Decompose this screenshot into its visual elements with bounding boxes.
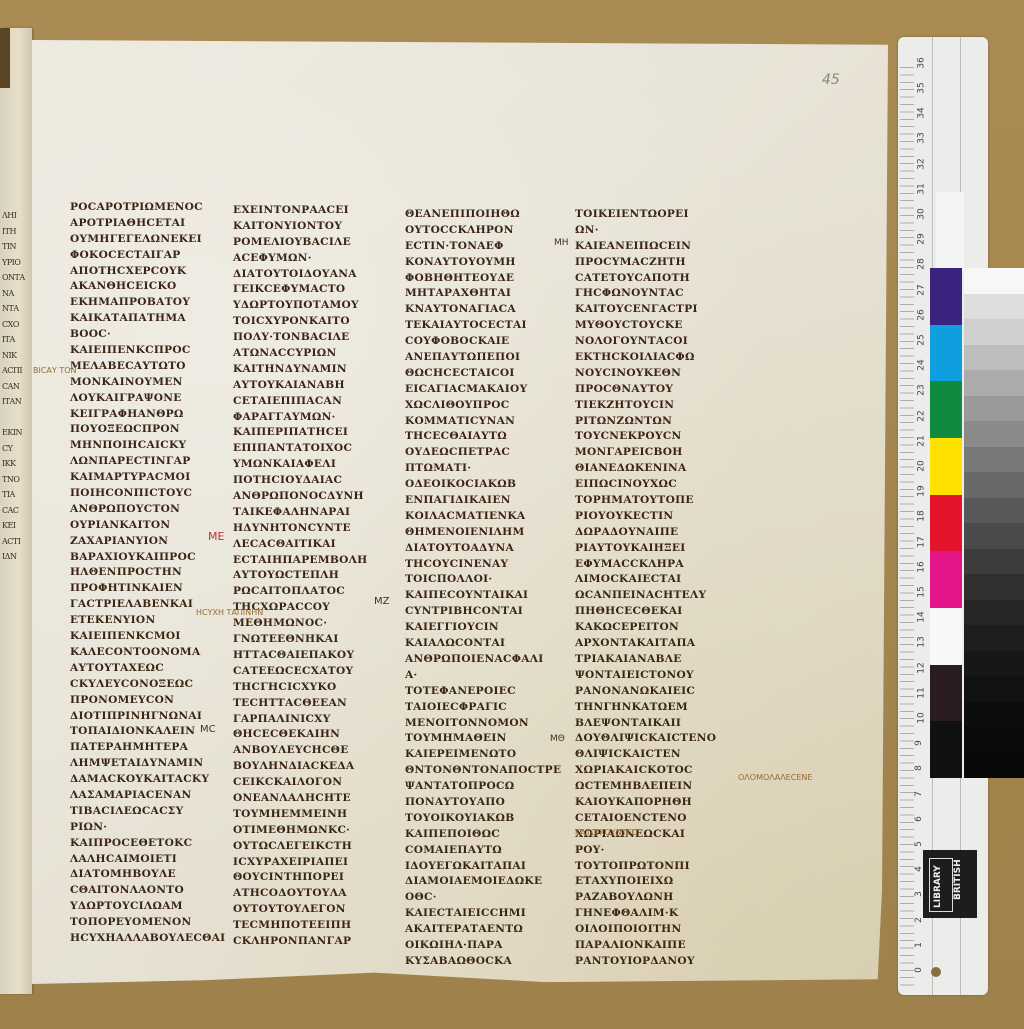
text-line: ΛΩΝΠΑΡΕϹΤΙΝΓΑΡ — [70, 454, 225, 470]
text-line: ΟΤΙΜΕΘΗΜΩΝΚϹ· — [233, 823, 367, 839]
text-line: ΚΑΛΕϹΟΝΤΟΟΝΟΜΑ — [70, 645, 225, 661]
text-line: ΚΑΙΚΑΤΑΠΑΤΗΜΑ — [70, 311, 225, 327]
ruler-cm-label: 5 — [914, 841, 924, 847]
text-line: ΚΟΙΛΑϹΜΑΤΙΕΝΚΑ — [405, 509, 561, 525]
text-line: ΤΟΙϹΠΟΛΛΟΙ· — [405, 572, 561, 588]
text-line: ΧΩΡΙΑΚΑΙϹΚΟΤΟϹ — [575, 763, 716, 779]
text-line: ΝΟΥϹΙΝΟΥΚΕΘΝ — [575, 366, 716, 382]
text-line: ΚΑΙΟΥΚΑΠΟΡΗΘΗ — [575, 795, 716, 811]
text-line: ΔΩΡΑΔΟΥΝΑΙΠΕ — [575, 525, 716, 541]
text-line: ΖΑΧΑΡΙΑΝΥΙΟΝ — [70, 534, 225, 550]
text-line: ΤΟΡΗΜΑΤΟΥΤΟΠΕ — [575, 493, 716, 509]
text-line: ΟΙΛΟΙΠΟΙΟΙΤΗΝ — [575, 922, 716, 938]
color-swatch — [930, 721, 962, 778]
text-line: ΙΤΗ — [2, 224, 30, 240]
text-line: ΑΡΧΟΝΤΑΚΑΙΤΑΠΑ — [575, 636, 716, 652]
section-number: ΜΘ — [550, 734, 565, 744]
text-line: ΚΑΙΤΟΝΥΙΟΝΤΟΥ — [233, 219, 367, 235]
ruler-cm-label: 35 — [917, 82, 927, 93]
text-line: ΕΙϹΑΓΙΑϹΜΑΚΑΙΟΥ — [405, 382, 561, 398]
text-line: ϹΚΥΛΕΥϹΟΝΟΞΕΩϹ — [70, 677, 225, 693]
text-line: ΜΗΤΑΡΑΧΘΗΤΑΙ — [405, 286, 561, 302]
ruler-cm-label: 7 — [914, 791, 924, 797]
text-line: ΧΩϹΛΙΘΟΥΠΡΟϹ — [405, 398, 561, 414]
text-line: ΝΑ — [2, 286, 30, 302]
text-line: ΡΟΥ· — [575, 843, 716, 859]
text-line: ΤΗϹΓΗϹΙϹΧΥΚΟ — [233, 680, 367, 696]
text-line: ΟΝΕΑΝΛΑΛΗϹΗΤΕ — [233, 791, 367, 807]
logo-text-library: LIBRARY — [933, 865, 943, 908]
text-line: ΠΗΘΗϹΕϹΘΕΚΑΙ — [575, 604, 716, 620]
text-line: ΑΚΑΝΘΗϹΕΙϹΚΟ — [70, 279, 225, 295]
text-line: ΚΑΙΕΙΠΕΝΚϹΜΟΙ — [70, 629, 225, 645]
text-line: ΥΜΩΝΚΑΙΑΦΕΛΙ — [233, 457, 367, 473]
text-line: ΚΥΣΑΒΑΩΘΟϹΚΑ — [405, 954, 561, 970]
text-line: ΑΥΤΟΥΤΑΧΕΩϹ — [70, 661, 225, 677]
text-line: ΓΝΩΤΕΕΘΝΗΚΑΙ — [233, 632, 367, 648]
text-line: ΛΙΜΟϹΚΑΙΕϹΤΑΙ — [575, 572, 716, 588]
text-line: ΚΑΙΕϹΤΑΙΕΙϹϹΗΜΙ — [405, 906, 561, 922]
ruler-tab — [936, 192, 964, 272]
text-line: ΤΕΚΑΙΑΥΤΟϹΕϹΤΑΙ — [405, 318, 561, 334]
text-line: ΛΑΛΗϹΑΙΜΟΙΕΤΙ — [70, 852, 225, 868]
text-line: ΘΟΥϹΙΝΤΗΠΟΡΕΙ — [233, 870, 367, 886]
text-line: ΤΝΟ — [2, 472, 30, 488]
text-line: ΑΝΘΡΩΠΟΥϹΤΟΝ — [70, 502, 225, 518]
text-line: ΤΟΥΜΗΕΜΜΕΙΝΗ — [233, 807, 367, 823]
text-line: ΙΔΝ — [2, 549, 30, 565]
text-line: ΒΟΟϹ· — [70, 327, 225, 343]
text-line: ΡΑΝΤΟΥΙΟΡΔΑΝΟΥ — [575, 954, 716, 970]
gray-step — [964, 319, 1024, 345]
gray-step — [964, 625, 1024, 651]
color-swatch — [930, 608, 962, 665]
text-line: ΚΑΙΕΙΠΕΝΚϹΠΡΟϹ — [70, 343, 225, 359]
text-line: ΒΑΡΑΧΙΟΥΚΑΙΠΡΟϹ — [70, 550, 225, 566]
text-line: ΚΑΙΠΡΟϹΕΘΕΤΟΚϹ — [70, 836, 225, 852]
ruler-cm-label: 6 — [914, 816, 924, 822]
text-column-2: ΕΧΕΙΝΤΟΝΡΑΑϹΕΙΚΑΙΤΟΝΥΙΟΝΤΟΥΡΟΜΕΛΙΟΥΒΑϹΙΛ… — [233, 203, 367, 950]
gray-step — [964, 727, 1024, 753]
gray-step — [964, 651, 1024, 677]
text-line: ΑΥΤΟΥΩϹΤΕΠΛΗ — [233, 568, 367, 584]
text-line: ΦΑΡΑΓΓΑΥΜΩΝ· — [233, 410, 367, 426]
text-line: ΗΛΘΕΝΠΡΟϹΤΗΝ — [70, 565, 225, 581]
ruler-cm-label: 31 — [917, 183, 927, 194]
folio-number: 45 — [822, 72, 840, 88]
text-line: ΟΥΤΟΥΤΟΥΛΕΓΟΝ — [233, 902, 367, 918]
color-swatch — [930, 665, 962, 722]
gray-step — [964, 676, 1024, 702]
section-number: ΜΕ — [208, 530, 224, 543]
text-line: ΝΙΚ — [2, 348, 30, 364]
text-line: ΔΙΑΤΟΥΤΟΙΔΟΥΑΝΑ — [233, 267, 367, 283]
text-line: ΚΝΑΥΤΟΝΑΓΙΑϹΑ — [405, 302, 561, 318]
text-line: ΟΔΕΟΙΚΟϹΙΑΚΩΒ — [405, 477, 561, 493]
text-line: ΤΕϹΗΤΤΑϹΘΕΕΑΝ — [233, 696, 367, 712]
text-line: ϹΚΛΗΡΟΝΠΑΝΓΑΡ — [233, 934, 367, 950]
text-line: ΨΑΝΤΑΤΟΠΡΟϹΩ — [405, 779, 561, 795]
text-line: ΛΑΣΑΜΑΡΙΑϹΕΝΑΝ — [70, 788, 225, 804]
text-line: ΕΚΙΝ — [2, 425, 30, 441]
text-line: ΠΡΟΝΟΜΕΥϹΟΝ — [70, 693, 225, 709]
gray-step — [964, 345, 1024, 371]
text-column-4: ΤΟΙΚΕΙΕΝΤΩΟΡΕΙΩΝ·ΚΑΙΕΑΝΕΙΠΩϹΕΙΝΠΡΟϹΥΜΑϹΖ… — [575, 207, 716, 970]
text-line: ΠΡΟΦΗΤΙΝΚΑΙΕΝ — [70, 581, 225, 597]
text-line: ΔΙΟΤΙΠΡΙΝΗΓΝΩΝΑΙ — [70, 709, 225, 725]
gray-step — [964, 600, 1024, 626]
text-line: ΥΡΙΟ — [2, 255, 30, 271]
marginal-note: ΟΛΟΜΟΛΑΛΕϹΕΝΕ — [738, 773, 812, 782]
text-line: ΤΟΙΚΕΙΕΝΤΩΟΡΕΙ — [575, 207, 716, 223]
text-line: ϹΑϹ — [2, 503, 30, 519]
text-line: ΡΟΜΕΛΙΟΥΒΑϹΙΛΕ — [233, 235, 367, 251]
text-line: ΟΥΜΗΓΕΓΕΛΩΝΕΚΕΙ — [70, 232, 225, 248]
text-line: ΙΤΑΝ — [2, 394, 30, 410]
marginal-note: ΚΑΤΟΙΚΟΥΝΤΕϹ — [575, 828, 637, 837]
text-line: ΩϹΤΕΜΗΒΛΕΠΕΙΝ — [575, 779, 716, 795]
text-line: ΜΕΘΗΜΩΝΟϹ· — [233, 616, 367, 632]
gray-step — [964, 370, 1024, 396]
text-line: ΠΟΥΟΞΕΩϹΠΡΟΝ — [70, 422, 225, 438]
text-line: ΤΗϹΟΥϹΙΝΕΝΑΥ — [405, 557, 561, 573]
text-line: ΜΟΝΚΑΙΝΟΥΜΕΝ — [70, 375, 225, 391]
text-line: ΕΝΠΑΓΙΔΙΚΑΙΕΝ — [405, 493, 561, 509]
text-line: ΡΙΟΥΟΥΚΕϹΤΙΝ — [575, 509, 716, 525]
text-line: ΚΟΜΜΑΤΙϹΥΝΑΝ — [405, 414, 561, 430]
ruler-cm-label: 30 — [917, 208, 927, 219]
logo-text-british: BRITISH — [953, 859, 963, 900]
text-line: ΜΕΝΟΙΤΟΝΝΟΜΟΝ — [405, 716, 561, 732]
text-line: ΚΑΙΕΑΝΕΙΠΩϹΕΙΝ — [575, 239, 716, 255]
text-line: ΡΑΖΑΒΟΥΛΩΝΗ — [575, 890, 716, 906]
text-line: ΚΑΚΩϹΕΡΕΙΤΟΝ — [575, 620, 716, 636]
text-line: ΕΚΤΗϹΚΟΙΛΙΑϹΦΩ — [575, 350, 716, 366]
text-line: ΠΟΤΗϹΙΟΥΔΑΙΑϹ — [233, 473, 367, 489]
text-line: ΟΝΤΑ — [2, 270, 30, 286]
text-line: ΕΤΑΧΥΠΟΙΕΙΧΩ — [575, 874, 716, 890]
text-line: ΕϹΤΑΙΗΠΑΡΕΜΒΟΛΗ — [233, 553, 367, 569]
color-swatch — [930, 551, 962, 608]
text-line: ΑΡΟΤΡΙΑΘΗϹΕΤΑΙ — [70, 216, 225, 232]
text-line: ΔΙΑΜΟΙΑΕΜΟΙΕΔΩΚΕ — [405, 874, 561, 890]
text-line: ΠΑΤΕΡΑΗΜΗΤΕΡΑ — [70, 740, 225, 756]
text-line: ΕϹΤΙΝ·ΤΟΝΑΕΦ — [405, 239, 561, 255]
ruler-cm-label: 29 — [917, 233, 927, 244]
marginal-note: ΗϹΥΧΗ ΤΑΠΙΝΗΝ — [196, 608, 263, 617]
text-line: ΘΩϹΗϹΕϹΤΑΙϹΟΙ — [405, 366, 561, 382]
gray-step — [964, 421, 1024, 447]
text-line: ΤΑΙΚΕΦΑΛΗΝΑΡΑΙ — [233, 505, 367, 521]
text-line: ΒΟΥΛΗΝΔΙΑϹΚΕΔΑ — [233, 759, 367, 775]
text-line: ΙΤΑ — [2, 332, 30, 348]
text-line: ΑΤΗϹΟΔΟΥΤΟΥΛΑ — [233, 886, 367, 902]
text-line: ΚΑΙΕΓΓΙΟΥϹΙΝ — [405, 620, 561, 636]
text-line: ΛΕϹΑϹΘΑΙΤΙΚΑΙ — [233, 537, 367, 553]
gray-step — [964, 702, 1024, 728]
ruler-cm-label: 0 — [914, 967, 924, 973]
text-line: ΤΕϹΜΗΠΟΤΕΕΙΠΗ — [233, 918, 367, 934]
text-line: ΠΡΟϹΥΜΑϹΖΗΤΗ — [575, 255, 716, 271]
color-swatch — [930, 381, 962, 438]
text-line: ΒΛΕΨΟΝΤΑΙΚΑΙΙ — [575, 716, 716, 732]
text-line: ΚΑΙΠΕΠΟΙΘΩϹ — [405, 827, 561, 843]
section-number: ΜΖ — [374, 596, 389, 607]
text-line: ΕΦΥΜΑϹϹΚΛΗΡΑ — [575, 557, 716, 573]
text-line: ΜΕΛΑΒΕϹΑΥΤΩΤΟ — [70, 359, 225, 375]
text-line: ΦΟΒΗΘΗΤΕΟΥΔΕ — [405, 271, 561, 287]
text-line: ΡΙΩΝ· — [70, 820, 225, 836]
previous-leaf-text: ΛΗΙΙΤΗΤΙΝΥΡΙΟΟΝΤΑΝΑΝΤΑϹΧΟΙΤΑΝΙΚΑϹΠΙϹΑΝΙΤ… — [2, 208, 30, 565]
text-column-3: ΘΕΑΝΕΠΙΠΟΙΗΘΩΟΥΤΟϹϹΚΛΗΡΟΝΕϹΤΙΝ·ΤΟΝΑΕΦΚΟΝ… — [405, 207, 561, 970]
gray-step — [964, 268, 1024, 294]
text-line: ΜΗΝΠΟΙΗϹΑΙϹΚΥ — [70, 438, 225, 454]
text-line: ΤΟΥΟΙΚΟΥΙΑΚΩΒ — [405, 811, 561, 827]
text-line: ΤΗϹΕϹΘΑΙΑΥΤΩ — [405, 429, 561, 445]
text-line: ΑϹΕΦΥΜΩΝ· — [233, 251, 367, 267]
text-line: ΑΤΩΝΑϹϹΥΡΙΩΝ — [233, 346, 367, 362]
grayscale-steps — [964, 268, 1024, 778]
text-line: ΗϹΥΧΗΑΛΛΑΒΟΥΛΕϹΘΑΙ — [70, 931, 225, 947]
text-line: ΑΝΒΟΥΛΕΥϹΗϹΘΕ — [233, 743, 367, 759]
text-line: ΟΥΡΙΑΝΚΑΙΤΟΝ — [70, 518, 225, 534]
gray-step — [964, 396, 1024, 422]
text-line: ϹΟΜΑΙΕΠΑΥΤΩ — [405, 843, 561, 859]
text-line: ΑΚΑΙΤΕΡΑΤΑΕΝΤΩ — [405, 922, 561, 938]
text-column-1: ΡΟϹΑΡΟΤΡΙΩΜΕΝΟϹΑΡΟΤΡΙΑΘΗϹΕΤΑΙΟΥΜΗΓΕΓΕΛΩΝ… — [70, 200, 225, 947]
text-line: ΠΤΩΜΑΤΙ· — [405, 461, 561, 477]
color-swatch — [930, 325, 962, 382]
text-line: ΛΗΜΨΕΤΑΙΔΥΝΑΜΙΝ — [70, 756, 225, 772]
text-line: ΨΟΝΤΑΙΕΙϹΤΟΝΟΥ — [575, 668, 716, 684]
british-library-logo: BRITISH LIBRARY — [923, 850, 977, 918]
text-line: ΦΟΚΟϹΕϹΤΑΙΓΑΡ — [70, 248, 225, 264]
gray-step — [964, 498, 1024, 524]
ruler-cm-label: 8 — [914, 766, 924, 772]
gray-step — [964, 574, 1024, 600]
text-line: ΓΗϹΦΩΝΟΥΝΤΑϹ — [575, 286, 716, 302]
text-line: ϹΕΤΑΙΟΕΝϹΤΕΝΟ — [575, 811, 716, 827]
text-line: ΚΑΙΤΗΝΔΥΝΑΜΙΝ — [233, 362, 367, 378]
text-line: ΤΙΒΑϹΙΛΕΩϹΑϹΣΥ — [70, 804, 225, 820]
text-line: ΗΔΥΝΗΤΟΝϹΥΝΤΕ — [233, 521, 367, 537]
text-line: ΑϹΠΙ — [2, 363, 30, 379]
section-number: ΜΗ — [554, 238, 569, 248]
text-line: ϹΘΑΙΤΟΝΛΑΟΝΤΟ — [70, 883, 225, 899]
gray-step — [964, 294, 1024, 320]
text-line: ΤΟΥΤΟΠΡΩΤΟΝΠΙ — [575, 859, 716, 875]
section-number: ΜϹ — [200, 724, 216, 735]
color-swatch — [930, 438, 962, 495]
text-line: ΩϹΑΝΠΕΙΝΑϹΗΤΕΛΥ — [575, 588, 716, 604]
text-line: ΡΩϹΑΙΤΟΠΛΑΤΟϹ — [233, 584, 367, 600]
text-line: ΤΗΝΓΗΝΚΑΤΩΕΜ — [575, 700, 716, 716]
text-line: ΔΙΑΤΟΜΗΒΟΥΛΕ — [70, 867, 225, 883]
text-line: ΚΑΙΜΑΡΤΥΡΑϹΜΟΙ — [70, 470, 225, 486]
text-line: ΟΥΤΟϹϹΚΛΗΡΟΝ — [405, 223, 561, 239]
text-line: ΙΚΚ — [2, 456, 30, 472]
text-line: ϹΟΥΦΟΒΟϹΚΑΙΕ — [405, 334, 561, 350]
binding-gutter — [0, 28, 10, 88]
text-line: ΕΧΕΙΝΤΟΝΡΑΑϹΕΙ — [233, 203, 367, 219]
previous-leaf-edge: ΛΗΙΙΤΗΤΙΝΥΡΙΟΟΝΤΑΝΑΝΤΑϹΧΟΙΤΑΝΙΚΑϹΠΙϹΑΝΙΤ… — [0, 28, 32, 994]
ruler-cm-label: 9 — [914, 740, 924, 746]
text-line: Α· — [405, 668, 561, 684]
text-line: ΔΑΜΑϹΚΟΥΚΑΙΤΑϹΚΥ — [70, 772, 225, 788]
text-line: ΤΡΙΑΚΑΙΑΝΑΒΛΕ — [575, 652, 716, 668]
text-line: ΙϹΧΥΡΑΧΕΙΡΙΑΠΕΙ — [233, 855, 367, 871]
text-line: ϹΥ — [2, 441, 30, 457]
text-line: ΥΔΩΡΤΟΥϹΙΛΩΑΜ — [70, 899, 225, 915]
text-line: ΤΙΕΚΖΗΤΟΥϹΙΝ — [575, 398, 716, 414]
ruler-cm-label: 1 — [914, 942, 924, 948]
text-line: ΘΗΜΕΝΟΙΕΝΙΛΗΜ — [405, 525, 561, 541]
text-line: ΝΤΑ — [2, 301, 30, 317]
text-line: ΤΟΥϹΝΕΚΡΟΥϹΝ — [575, 429, 716, 445]
gray-step — [964, 523, 1024, 549]
gray-step — [964, 753, 1024, 779]
text-line: ΑϹΤΙ — [2, 534, 30, 550]
text-line: ϹΥΝΤΡΙΒΗϹΟΝΤΑΙ — [405, 604, 561, 620]
text-line: ΑΥΤΟΥΚΑΙΑΝΑΒΗ — [233, 378, 367, 394]
text-line: ΚΑΙΑΛΩϹΟΝΤΑΙ — [405, 636, 561, 652]
text-line: ΙΔΟΥΕΓΩΚΑΙΤΑΠΑΙ — [405, 859, 561, 875]
text-line: ϹΧΟ — [2, 317, 30, 333]
text-line: ΥΔΩΡΤΟΥΠΟΤΑΜΟΥ — [233, 298, 367, 314]
text-line: ΚΑΙΠΕϹΟΥΝΤΑΙΚΑΙ — [405, 588, 561, 604]
text-line: ΚΑΙΠΕΡΙΠΑΤΗϹΕΙ — [233, 425, 367, 441]
text-line: ΓΑΡΠΑΛΙΝΙϹΧΥ — [233, 712, 367, 728]
color-calibration-chart — [926, 268, 1024, 778]
text-line: ΘΛΙΨΙϹΚΑΙϹΤΕΝ — [575, 747, 716, 763]
text-line: ΩΝ· — [575, 223, 716, 239]
text-line: ΤΟΤΕΦΑΝΕΡΟΙΕϹ — [405, 684, 561, 700]
text-line: ΠΟΛΥ·ΤΟΝΒΑϹΙΛΕ — [233, 330, 367, 346]
text-line: ΠΟΝΑΥΤΟΥΑΠΟ — [405, 795, 561, 811]
text-line: ΗΤΤΑϹΘΑΙΕΠΑΚΟΥ — [233, 648, 367, 664]
text-line: ΘΝΤΟΝΘΝΤΟΝΑΠΟϹΤΡΕ — [405, 763, 561, 779]
text-line: ΚΕΙ — [2, 518, 30, 534]
text-line: ΔΙΑΤΟΥΤΟΑΔΥΝΑ — [405, 541, 561, 557]
text-line: ΠΑΡΑΛΙΟΝΚΑΙΠΕ — [575, 938, 716, 954]
text-line: ϹΑΝ — [2, 379, 30, 395]
ruler-cm-label: 34 — [917, 107, 927, 118]
color-swatches — [930, 268, 962, 778]
gray-step — [964, 447, 1024, 473]
text-line: ΚΟΝΑΥΤΟΥΟΥΜΗ — [405, 255, 561, 271]
color-swatch — [930, 495, 962, 552]
ruler-hole — [931, 967, 941, 977]
text-line: ΟΥΤΩϹΛΕΓΕΙΚϹΤΗ — [233, 839, 367, 855]
text-line: ΤΑΙΟΙΕϹΦΡΑΓΙϹ — [405, 700, 561, 716]
text-line: ΑΝΘΡΩΠΟΙΕΝΑϹΦΑΛΙ — [405, 652, 561, 668]
text-line: ΟΥΔΕΩϹΠΕΤΡΑϹ — [405, 445, 561, 461]
text-line: ΘΕΑΝΕΠΙΠΟΙΗΘΩ — [405, 207, 561, 223]
text-line: ΟΘϹ· — [405, 890, 561, 906]
text-line: ΤΟΠΟΡΕΥΟΜΕΝΟΝ — [70, 915, 225, 931]
text-line: ΤΟΥΜΗΜΑΘΕΙΝ — [405, 731, 561, 747]
text-line: ΠΡΟϹΘΝΑΥΤΟΥ — [575, 382, 716, 398]
text-line: ΠΟΙΗϹΟΝΠΙϹΤΟΥϹ — [70, 486, 225, 502]
text-line: ΛΟΥΚΑΙΓΡΑΨΟΝΕ — [70, 391, 225, 407]
text-line: ΕΚΗΜΑΠΡΟΒΑΤΟΥ — [70, 295, 225, 311]
text-line: ΡΙΤΩΝΖΩΝΤΩΝ — [575, 414, 716, 430]
text-line: ΑΝΕΠΑΥΤΩΠΕΠΟΙ — [405, 350, 561, 366]
text-line: ΤΙΝ — [2, 239, 30, 255]
text-line: ϹΑΤΕΤΟΥϹΑΠΟΤΗ — [575, 271, 716, 287]
gray-step — [964, 549, 1024, 575]
color-swatch — [930, 268, 962, 325]
text-line: ΑΠΟΤΗϹΧΕΡϹΟΥΚ — [70, 264, 225, 280]
gray-step — [964, 472, 1024, 498]
text-line: ΝΟΛΟΓΟΥΝΤΑϹΟΙ — [575, 334, 716, 350]
ruler-cm-label: 32 — [917, 158, 927, 169]
text-line — [2, 410, 30, 426]
ruler-cm-label: 36 — [917, 57, 927, 68]
text-line: ΑΝΘΡΩΠΟΝΟϹΔΥΝΗ — [233, 489, 367, 505]
text-line: ΘΗϹΕϹΘΕΚΑΙΗΝ — [233, 727, 367, 743]
text-line: ΤΟΙϹΧΥΡΟΝΚΑΙΤΟ — [233, 314, 367, 330]
text-line: ϹΕΙΚϹΚΑΙΛΟΓΟΝ — [233, 775, 367, 791]
text-line: ΟΙΚΩΙΗΛ·ΠΑΡΑ — [405, 938, 561, 954]
text-line: ΡΟϹΑΡΟΤΡΙΩΜΕΝΟϹ — [70, 200, 225, 216]
text-line: ΚΕΙΓΡΑΦΗΑΝΘΡΩ — [70, 407, 225, 423]
text-line: ΜΟΝΓΑΡΕΙϹΒΟΗ — [575, 445, 716, 461]
text-line: ΘΙΑΝΕΔΩΚΕΝΙΝΑ — [575, 461, 716, 477]
text-line: ΓΕΙΚϹΕΦΥΜΑϹΤΟ — [233, 282, 367, 298]
text-line: ΔΟΥΘΛΙΨΙϹΚΑΙϹΤΕΝΟ — [575, 731, 716, 747]
text-line: ΚΑΙΕΡΕΙΜΕΝΩΤΟ — [405, 747, 561, 763]
ruler-cm-label: 33 — [917, 133, 927, 144]
text-line: ΕΙΠΩϹΙΝΟΥΧΩϹ — [575, 477, 716, 493]
ruler-ticks — [900, 67, 914, 987]
text-line: ΛΗΙ — [2, 208, 30, 224]
text-line: ϹΕΤΑΙΕΠΙΠΑϹΑΝ — [233, 394, 367, 410]
text-line: ΕΠΙΠΑΝΤΑΤΟΙΧΟϹ — [233, 441, 367, 457]
text-line: ΡΑΝΟΝΑΝΩΚΑΙΕΙϹ — [575, 684, 716, 700]
text-line: ΚΑΙΤΟΥϹΕΝΓΑϹΤΡΙ — [575, 302, 716, 318]
text-line: ΜΥΘΟΥϹΤΟΥϹΚΕ — [575, 318, 716, 334]
text-line: ΓΗΝΕΦΘΑΛΙΜ·Κ — [575, 906, 716, 922]
text-line: ϹΑΤΕΕΩϹΕϹΧΑΤΟΥ — [233, 664, 367, 680]
text-line: ΤΙΑ — [2, 487, 30, 503]
marginal-note: ΒΙϹΑΥ ΤΟΝ — [33, 366, 77, 375]
text-line: ΡΙΑΥΤΟΥΚΑΙΗΞΕΙ — [575, 541, 716, 557]
